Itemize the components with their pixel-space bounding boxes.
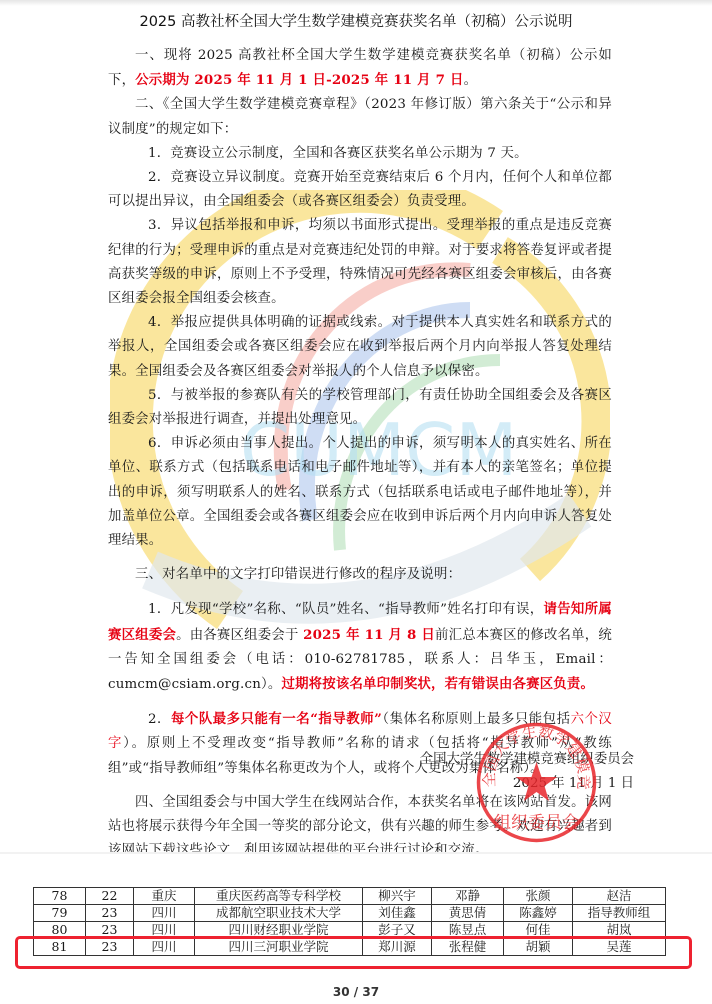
red-highlight-annotation (15, 936, 692, 969)
page-indicator: 30 / 37 (0, 985, 712, 999)
section-2-item-5: 5．与被举报的参赛队有关的学校管理部门，有责任协助全国组委会及各赛区组委会对举报… (108, 384, 612, 432)
section-3-item-1: 1．凡发现“学校”名称、“队员”姓名、“指导教师”姓名打印有误，请告知所属赛区组… (108, 597, 612, 697)
section-2-item-2: 2．竞赛设立异议制度。竞赛开始至竞赛结束后 6 个月内，任何个人和单位都可以提出… (108, 166, 612, 214)
document-title: 2025 高教社杯全国大学生数学建模竞赛获奖名单（初稿）公示说明 (0, 10, 712, 31)
section-1: 一、现将 2025 高教社杯全国大学生数学建模竞赛获奖名单（初稿）公示如下，公示… (108, 44, 612, 93)
svg-text:组织委员会: 组织委员会 (494, 813, 579, 833)
section-2-item-4: 4．举报应提供具体明确的证据或线索。对于提供本人真实姓名和联系方式的举报人，全国… (108, 311, 612, 384)
page-break-divider (0, 852, 712, 854)
table-row: 78 22 重庆 重庆医药高等专科学校 柳兴宇 邓静 张颜 赵洁 (34, 888, 666, 905)
section-3-intro: 三、对名单中的文字打印错误进行修改的程序及说明： (108, 563, 612, 587)
section-2-item-1: 1．竞赛设立公示制度，全国和各赛区获奖名单公示期为 7 天。 (108, 142, 612, 166)
section-2-item-6: 6．申诉必须由当事人提出。个人提出的申诉，须写明本人的真实姓名、所在单位、联系方… (108, 432, 612, 553)
section-2-intro: 二、《全国大学生数学建模竞赛章程》（2023 年修订版）第六条关于“公示和异议制… (108, 93, 612, 141)
section-2-item-3: 3．异议包括举报和申诉，均须以书面形式提出。受理举报的重点是违反竞赛纪律的行为；… (108, 214, 612, 311)
announcement-page: CUMCM 2025 高教社杯全国大学生数学建模竞赛获奖名单（初稿）公示说明 一… (0, 0, 712, 852)
page-top-shadow (0, 0, 712, 6)
table-row: 79 23 四川 成都航空职业技术大学 刘佳鑫 黄思倩 陈鑫婷 指导教师组 (34, 905, 666, 922)
official-seal-icon: 全国大学生数学建模竞赛 组织委员会 (474, 720, 599, 845)
